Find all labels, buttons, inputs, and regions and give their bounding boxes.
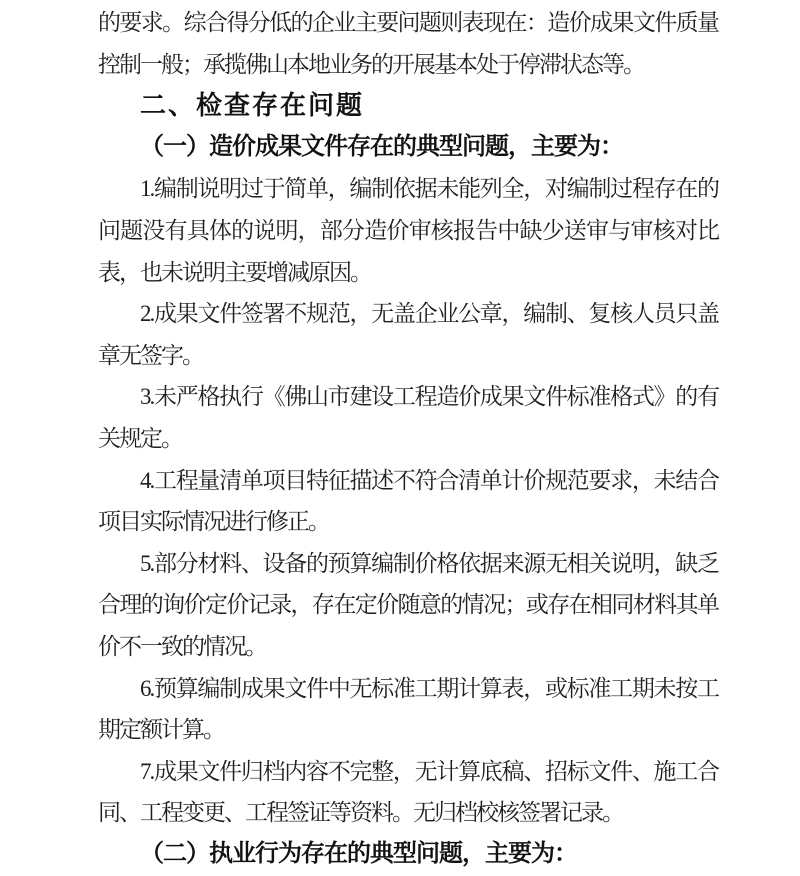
body-text-line: 7.成果文件归档内容不完整，无计算底稿、招标文件、施工合 — [98, 751, 718, 793]
body-text-line: 1.编制说明过于简单，编制依据未能列全，对编制过程存在的 — [98, 168, 718, 210]
document-text-block: 的要求。综合得分低的企业主要问题则表现在：造价成果文件质量控制一般；承揽佛山本地… — [98, 2, 718, 875]
body-text-line: 章无签字。 — [98, 335, 718, 377]
subsection-heading: （一）造价成果文件存在的典型问题，主要为： — [98, 127, 718, 169]
body-text-line: 3.未严格执行《佛山市建设工程造价成果文件标准格式》的有 — [98, 376, 718, 418]
body-text-line: 控制一般；承揽佛山本地业务的开展基本处于停滞状态等。 — [98, 44, 718, 86]
body-text-line: 2.成果文件签署不规范，无盖企业公章，编制、复核人员只盖 — [98, 293, 718, 335]
body-text-line: 合理的询价定价记录，存在定价随意的情况；或存在相同材料其单 — [98, 584, 718, 626]
body-text-line: 关规定。 — [98, 418, 718, 460]
body-text-line: 价不一致的情况。 — [98, 626, 718, 668]
body-text-line: 表，也未说明主要增减原因。 — [98, 252, 718, 294]
body-text-line: 5.部分材料、设备的预算编制价格依据来源无相关说明，缺乏 — [98, 543, 718, 585]
subsection-heading: （二）执业行为存在的典型问题，主要为： — [98, 834, 718, 876]
body-text-line: 项目实际情况进行修正。 — [98, 501, 718, 543]
document-page: 的要求。综合得分低的企业主要问题则表现在：造价成果文件质量控制一般；承揽佛山本地… — [0, 0, 800, 876]
body-text-line: 的要求。综合得分低的企业主要问题则表现在：造价成果文件质量 — [98, 2, 718, 44]
body-text-line: 6.预算编制成果文件中无标准工期计算表，或标准工期未按工 — [98, 668, 718, 710]
body-text-line: 4.工程量清单项目特征描述不符合清单计价规范要求，未结合 — [98, 460, 718, 502]
body-text-line: 同、工程变更、工程签证等资料。无归档校核签署记录。 — [98, 792, 718, 834]
body-text-line: 问题没有具体的说明，部分造价审核报告中缺少送审与审核对比 — [98, 210, 718, 252]
section-heading: 二、检查存在问题 — [98, 85, 718, 127]
body-text-line: 期定额计算。 — [98, 709, 718, 751]
